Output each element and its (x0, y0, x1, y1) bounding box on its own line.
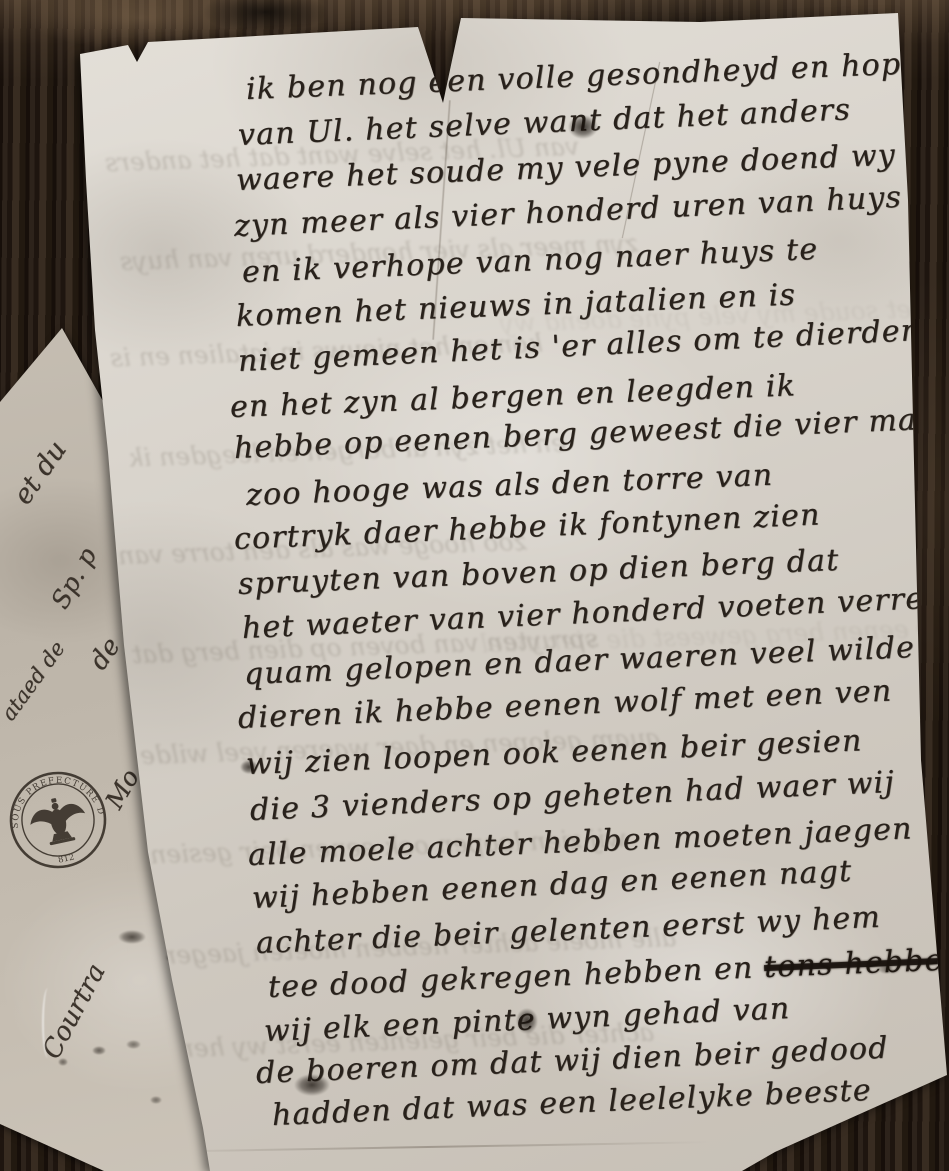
ink-blot (516, 1008, 538, 1034)
ink-blot (240, 760, 258, 774)
ink-blot (294, 1074, 330, 1096)
ink-blot (568, 115, 598, 139)
letter-page: van Ul. het selve want dat het anders zy… (0, 0, 949, 1171)
struck-out-text: tons hebbe (763, 943, 944, 985)
paper-crease (100, 920, 102, 1165)
paper-crease (150, 1141, 710, 1153)
letter-page-wrap: van Ul. het selve want dat het anders zy… (0, 0, 949, 1171)
ink-blot (878, 964, 894, 974)
